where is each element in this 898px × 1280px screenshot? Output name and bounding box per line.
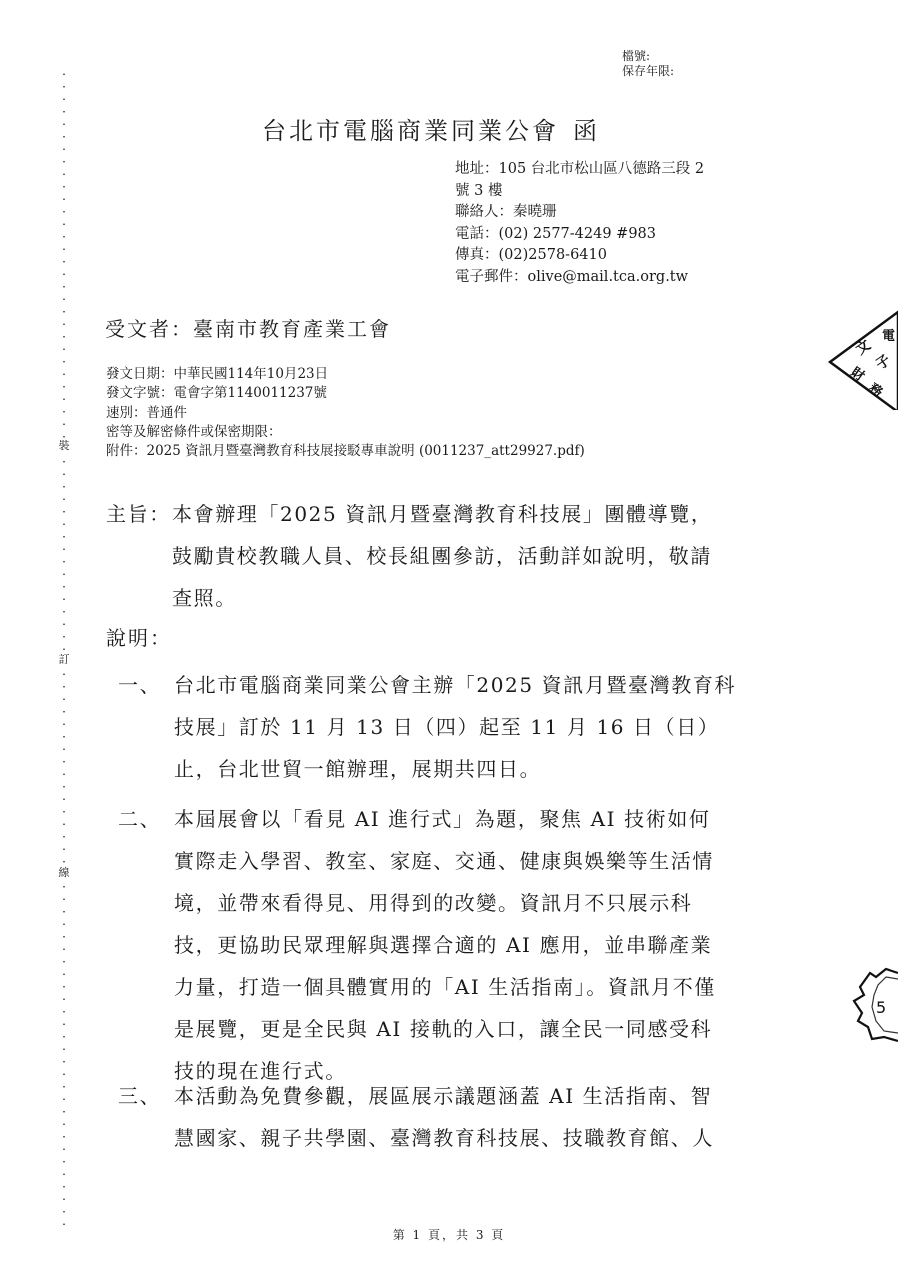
item-line: 境，並帶來看得見、用得到的改變。資訊月不只展示科	[174, 882, 808, 924]
item-number: 三、	[118, 1075, 161, 1117]
archive-no-label: 檔號:	[622, 49, 674, 64]
item-content: 本屆展會以「看見 AI 進行式」為題，聚焦 AI 技術如何 實際走入學習、教室、…	[174, 798, 808, 1092]
letter-title: 台北市電腦商業同業公會函	[262, 114, 600, 148]
item-line: 本屆展會以「看見 AI 進行式」為題，聚焦 AI 技術如何	[174, 798, 808, 840]
item-line: 技，更協助民眾理解與選擇合適的 AI 應用，並串聯產業	[174, 924, 808, 966]
item-line: 止，台北世貿一館辦理，展期共四日。	[174, 748, 808, 790]
subject-line: 鼓勵貴校教職人員、校長組團參訪，活動詳如說明，敬請	[172, 535, 806, 577]
electronic-document-stamp: 文 電 子 財 務	[820, 310, 898, 410]
email: 電子郵件：olive@mail.tca.org.tw	[455, 267, 795, 289]
item-content: 台北市電腦商業同業公會主辦「2025 資訊月暨臺灣教育科 技展」訂於 11 月 …	[174, 664, 808, 790]
address-line-2: 號 3 樓	[455, 181, 795, 203]
svg-text:5: 5	[876, 998, 886, 1017]
gear-stamp-icon: 5	[846, 965, 898, 1045]
address-line-1: 地址：105 台北市松山區八德路三段 2	[455, 159, 795, 181]
phone: 電話：(02) 2577-4249 #983	[455, 224, 795, 246]
item-content: 本活動為免費參觀，展區展示議題涵蓋 AI 生活指南、智 慧國家、親子共學園、臺灣…	[174, 1075, 808, 1159]
subject-line: 本會辦理「2025 資訊月暨臺灣教育科技展」團體導覽，	[172, 493, 806, 535]
file-meta: 檔號: 保存年限:	[622, 49, 674, 79]
subject-label: 主旨：	[106, 493, 171, 535]
binding-mark-ding: 訂	[57, 654, 71, 666]
binding-mark-zhuang: 裝	[57, 440, 71, 452]
fax: 傳真：(02)2578-6410	[455, 245, 795, 267]
explanation-label: 說明：	[106, 622, 172, 651]
subject-content: 本會辦理「2025 資訊月暨臺灣教育科技展」團體導覽， 鼓勵貴校教職人員、校長組…	[172, 493, 806, 619]
item-line: 力量，打造一個具體實用的「AI 生活指南」。資訊月不僅	[174, 966, 808, 1008]
attachment-link[interactable]: 附件：2025 資訊月暨臺灣教育科技展接駁專車說明 (0011237_att29…	[106, 442, 585, 461]
explanation-item-1: 一、 台北市電腦商業同業公會主辦「2025 資訊月暨臺灣教育科 技展」訂於 11…	[118, 664, 808, 790]
classification: 密等及解密條件或保密期限：	[106, 423, 585, 442]
item-number: 一、	[118, 664, 161, 706]
contact-block: 地址：105 台北市松山區八德路三段 2 號 3 樓 聯絡人：秦曉珊 電話：(0…	[455, 159, 795, 288]
item-line: 實際走入學習、教室、家庭、交通、健康與娛樂等生活情	[174, 840, 808, 882]
doc-type: 函	[573, 117, 600, 145]
document-meta: 發文日期：中華民國114年10月23日 發文字號：電會字第1140011237號…	[106, 365, 585, 461]
item-line: 是展覽，更是全民與 AI 接軌的入口，讓全民一同感受科	[174, 1008, 808, 1050]
issue-date: 發文日期：中華民國114年10月23日	[106, 365, 585, 384]
contact-person: 聯絡人：秦曉珊	[455, 202, 795, 224]
item-line: 本活動為免費參觀，展區展示議題涵蓋 AI 生活指南、智	[174, 1075, 808, 1117]
item-line: 技展」訂於 11 月 13 日（四）起至 11 月 16 日（日）	[174, 706, 808, 748]
subject-section: 主旨： 本會辦理「2025 資訊月暨臺灣教育科技展」團體導覽， 鼓勵貴校教職人員…	[106, 493, 806, 619]
speed: 速別：普通件	[106, 404, 585, 423]
page-count-stamp: 5	[846, 965, 898, 1045]
explanation-item-2: 二、 本屆展會以「看見 AI 進行式」為題，聚焦 AI 技術如何 實際走入學習、…	[118, 798, 808, 1092]
page-indicator: 第 1 頁，共 3 頁	[0, 1226, 898, 1243]
stamp-triangle-icon: 文 電 子 財 務	[820, 310, 898, 410]
doc-number: 發文字號：電會字第1140011237號	[106, 384, 585, 403]
binding-dotted-line	[63, 68, 65, 1228]
item-number: 二、	[118, 798, 161, 840]
subject-line: 查照。	[172, 577, 806, 619]
svg-text:電: 電	[882, 328, 895, 344]
item-line: 台北市電腦商業同業公會主辦「2025 資訊月暨臺灣教育科	[174, 664, 808, 706]
binding-mark-xian: 線	[57, 867, 71, 879]
org-name: 台北市電腦商業同業公會	[262, 117, 559, 145]
item-line: 慧國家、親子共學園、臺灣教育科技展、技職教育館、人	[174, 1117, 808, 1159]
explanation-item-3: 三、 本活動為免費參觀，展區展示議題涵蓋 AI 生活指南、智 慧國家、親子共學園…	[118, 1075, 808, 1159]
retention-label: 保存年限:	[622, 64, 674, 79]
recipient: 受文者：臺南市教育產業工會	[105, 314, 391, 344]
